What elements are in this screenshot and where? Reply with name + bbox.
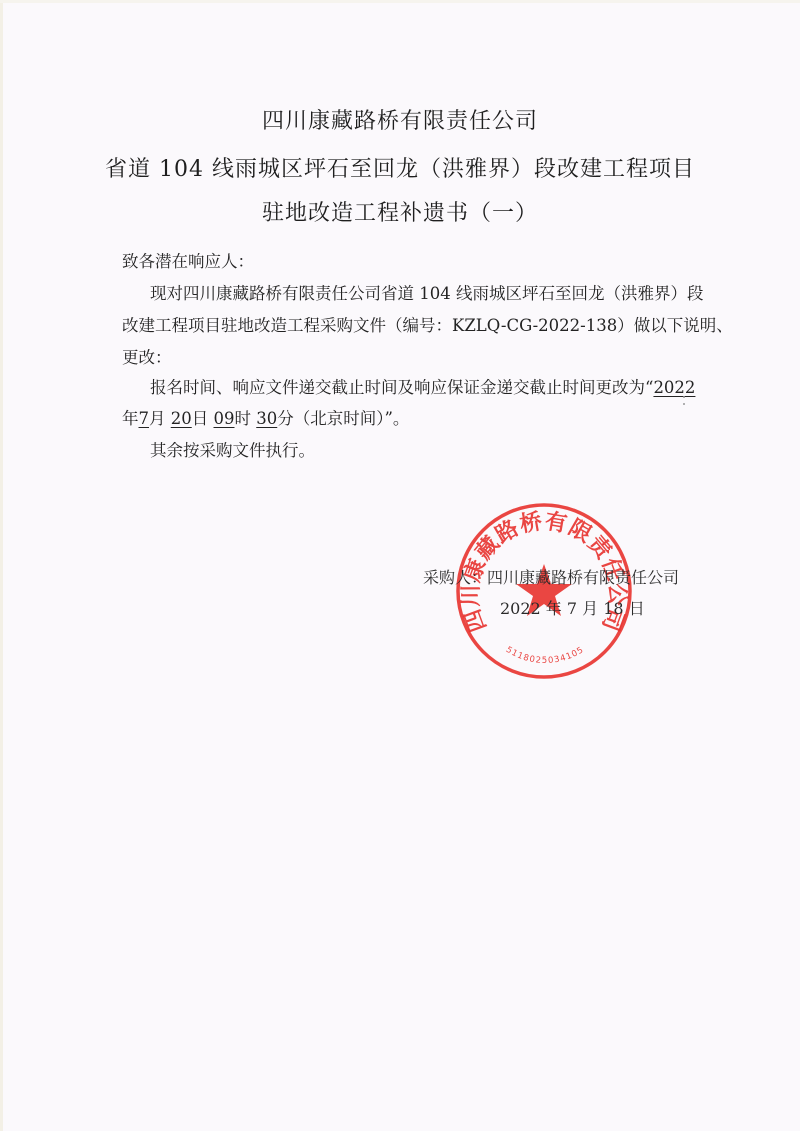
signature-date: 2022 年 7 月 18 日 <box>500 596 645 619</box>
paragraph-2-line-2: 年7月 20日 09时 30分（北京时间）”。 <box>122 403 702 434</box>
svg-text:5118025034105: 5118025034105 <box>504 645 586 666</box>
minute-unit: 分 <box>277 409 294 428</box>
paragraph-2-line-1: 报名时间、响应文件递交截止时间及响应保证金递交截止时间更改为“2022 <box>150 372 730 403</box>
hour-unit: 时 <box>235 409 252 428</box>
scan-speck <box>683 396 685 398</box>
paragraph-1-line-1: 现对四川康藏路桥有限责任公司省道 104 线雨城区坪石至回龙（洪雅界）段 <box>150 278 730 309</box>
month-unit: 月 <box>149 409 166 428</box>
deadline-change-text: 报名时间、响应文件递交截止时间及响应保证金递交截止时间更改为“ <box>150 378 653 397</box>
scan-speck <box>683 403 685 405</box>
deadline-minute: 30 <box>256 409 277 428</box>
timezone-note: （北京时间）”。 <box>294 409 410 428</box>
paragraph-1-line-2: 改建工程项目驻地改造工程采购文件（编号：KZLQ-CG-2022-138）做以下… <box>122 310 702 341</box>
stamp-code: 5118025034105 <box>504 645 586 666</box>
page-edge <box>0 0 800 3</box>
deadline-day: 20 <box>171 409 192 428</box>
year-unit: 年 <box>122 409 139 428</box>
company-title: 四川康藏路桥有限责任公司 <box>0 104 800 135</box>
deadline-hour: 09 <box>214 409 235 428</box>
company-seal-stamp: 四川康藏路桥有限责任公司 5118025034105 <box>455 502 633 680</box>
salutation: 致各潜在响应人： <box>122 246 702 277</box>
document-title: 驻地改造工程补遗书（一） <box>0 196 800 227</box>
day-unit: 日 <box>192 409 209 428</box>
deadline-month: 7 <box>139 409 150 428</box>
project-title: 省道 104 线雨城区坪石至回龙（洪雅界）段改建工程项目 <box>0 152 800 183</box>
paragraph-3: 其余按采购文件执行。 <box>150 435 730 466</box>
buyer-signature: 采购人：四川康藏路桥有限责任公司 <box>423 565 679 588</box>
paragraph-1-line-3: 更改： <box>122 342 702 373</box>
deadline-year: 2022 <box>653 378 695 397</box>
